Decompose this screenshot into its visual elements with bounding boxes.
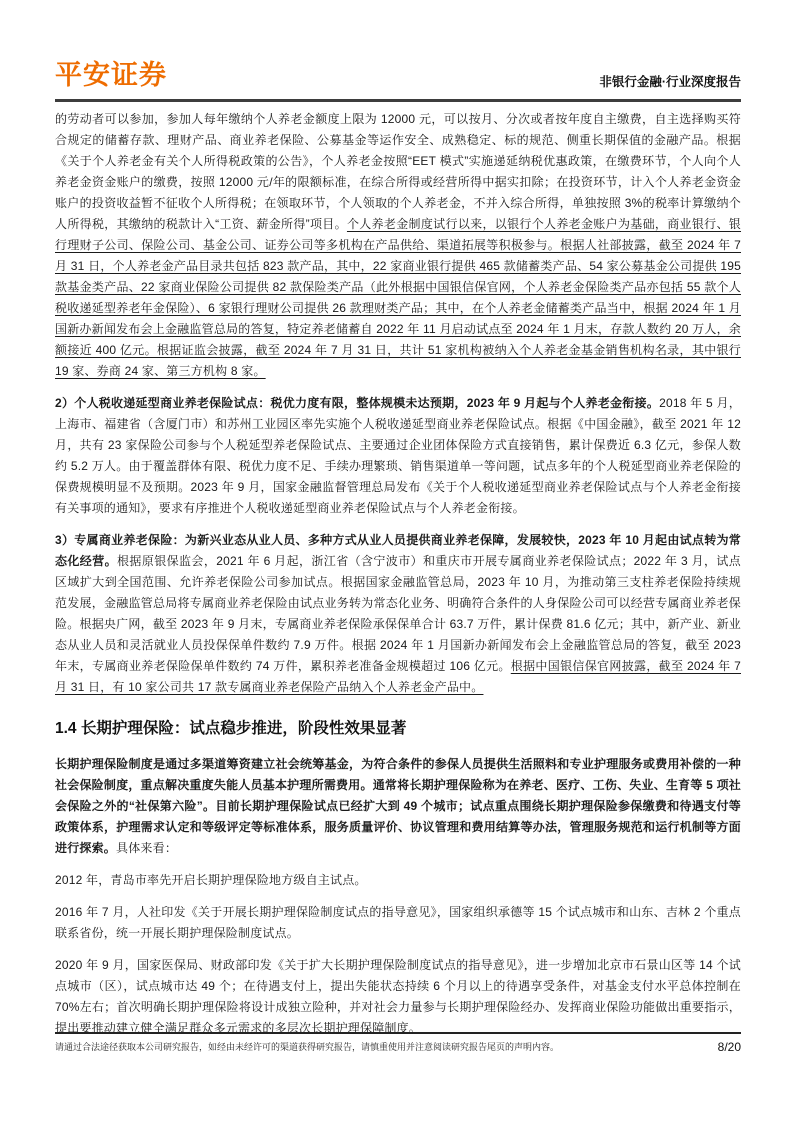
body-paragraph: 长期护理保险制度是通过多渠道筹资建立社会统筹基金，为符合条件的参保人员提供生活照… — [55, 754, 741, 859]
pingan-securities-logo: 平安证券 — [55, 53, 167, 92]
body-paragraph: 的劳动者可以参加，参加人每年缴纳个人养老金额度上限为 12000 元，可以按月、… — [55, 109, 741, 382]
body-paragraph: 2）个人税收递延型商业养老保险试点：税优力度有限，整体规模未达预期，2023 年… — [55, 393, 741, 519]
text-segment: 1.4 长期护理保险：试点稳步推进，阶段性效果显著 — [55, 720, 406, 737]
document-body: 的劳动者可以参加，参加人每年缴纳个人养老金额度上限为 12000 元，可以按月、… — [55, 109, 741, 1050]
page-header: 平安证券 非银行金融·行业深度报告 — [55, 58, 741, 98]
report-page: 平安证券 非银行金融·行业深度报告 的劳动者可以参加，参加人每年缴纳个人养老金额… — [0, 0, 794, 1123]
section-heading: 1.4 长期护理保险：试点稳步推进，阶段性效果显著 — [55, 718, 741, 740]
footer-disclaimer: 请通过合法途径获取本公司研究报告，如经由未经许可的渠道获得研究报告，请慎重使用并… — [55, 1040, 559, 1054]
text-segment: 2018 年 5 月，上海市、福建省（含厦门市）和苏州工业园区率先实施个人税收递… — [55, 396, 741, 515]
body-paragraph: 3）专属商业养老保险：为新兴业态从业人员、多种方式从业人员提供商业养老保障，发展… — [55, 530, 741, 698]
text-segment: 2016 年 7 月，人社印发《关于开展长期护理保险制度试点的指导意见》，国家组… — [55, 905, 741, 940]
text-segment: 2012 年，青岛市率先开启长期护理保险地方级自主试点。 — [55, 873, 367, 887]
text-segment: 2）个人税收递延型商业养老保险试点：税优力度有限，整体规模未达预期，2023 年… — [55, 396, 659, 410]
text-segment: 具体来看： — [116, 841, 177, 855]
text-segment: 2020 年 9 月，国家医保局、财政部印发《关于扩大长期护理保险制度试点的指导… — [55, 958, 741, 1035]
footer-divider — [55, 1032, 741, 1034]
body-paragraph: 2016 年 7 月，人社印发《关于开展长期护理保险制度试点的指导意见》，国家组… — [55, 902, 741, 944]
body-paragraph: 2020 年 9 月，国家医保局、财政部印发《关于扩大长期护理保险制度试点的指导… — [55, 955, 741, 1039]
page-number: 8/20 — [718, 1040, 741, 1054]
page-footer: 请通过合法途径获取本公司研究报告，如经由未经许可的渠道获得研究报告，请慎重使用并… — [55, 1040, 741, 1054]
header-divider — [55, 99, 741, 102]
body-paragraph: 2012 年，青岛市率先开启长期护理保险地方级自主试点。 — [55, 870, 741, 891]
text-segment: 个人养老金制度试行以来，以银行个人养老金账户为基础，商业银行、银行理财子公司、保… — [55, 217, 741, 378]
text-segment: 根据原银保监会，2021 年 6 月起，浙江省（含宁波市）和重庆市开展专属商业养… — [55, 554, 741, 673]
report-type-label: 非银行金融·行业深度报告 — [599, 72, 741, 90]
text-segment: 的劳动者可以参加，参加人每年缴纳个人养老金额度上限为 12000 元，可以按月、… — [55, 112, 741, 231]
